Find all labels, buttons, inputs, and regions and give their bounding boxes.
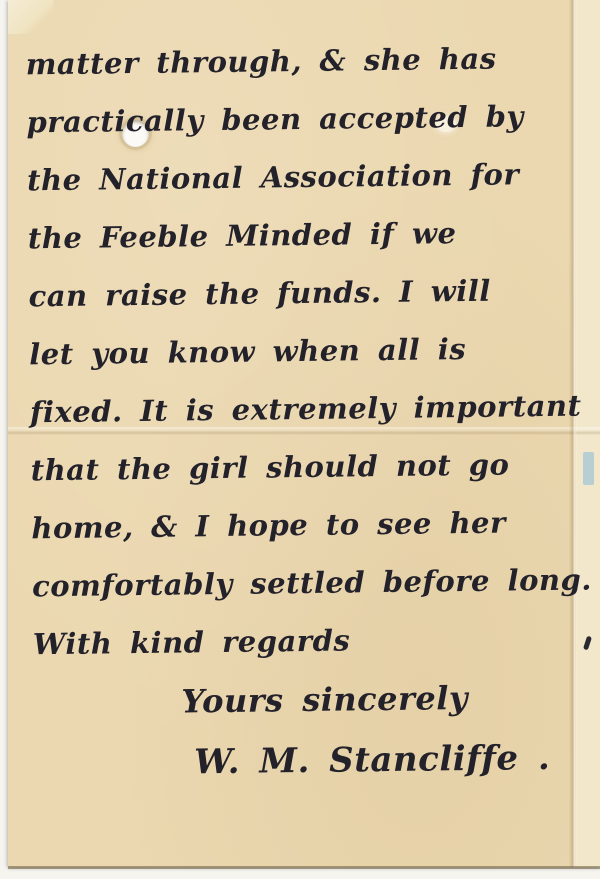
scanned-letter-page: matter through, & she has practically be… <box>0 0 600 879</box>
letter-line: let you know when all is <box>29 319 575 384</box>
letter-line: With kind regards <box>32 609 578 674</box>
letter-line: matter through, & she has <box>25 29 571 94</box>
closing-line: Yours sincerely <box>33 667 579 734</box>
letter-line: home, & I hope to see her <box>31 493 577 558</box>
letter-line: comfortably settled before long. <box>32 551 578 616</box>
blue-edge-mark <box>583 452 594 485</box>
signature-line: W. M. Stancliffe . <box>34 727 580 796</box>
letter-line: fixed. It is extremely important <box>30 377 576 442</box>
paper-bottom-edge <box>8 866 600 869</box>
letter-line: practically been accepted by <box>26 87 572 152</box>
letter-line: the Feeble Minded if we <box>28 203 574 268</box>
letter-line: the National Association for <box>27 145 573 210</box>
letter-line: that the girl should not go <box>30 435 576 500</box>
handwritten-text: matter through, & she has practically be… <box>25 29 579 796</box>
letter-line: can raise the funds. I will <box>28 261 574 326</box>
